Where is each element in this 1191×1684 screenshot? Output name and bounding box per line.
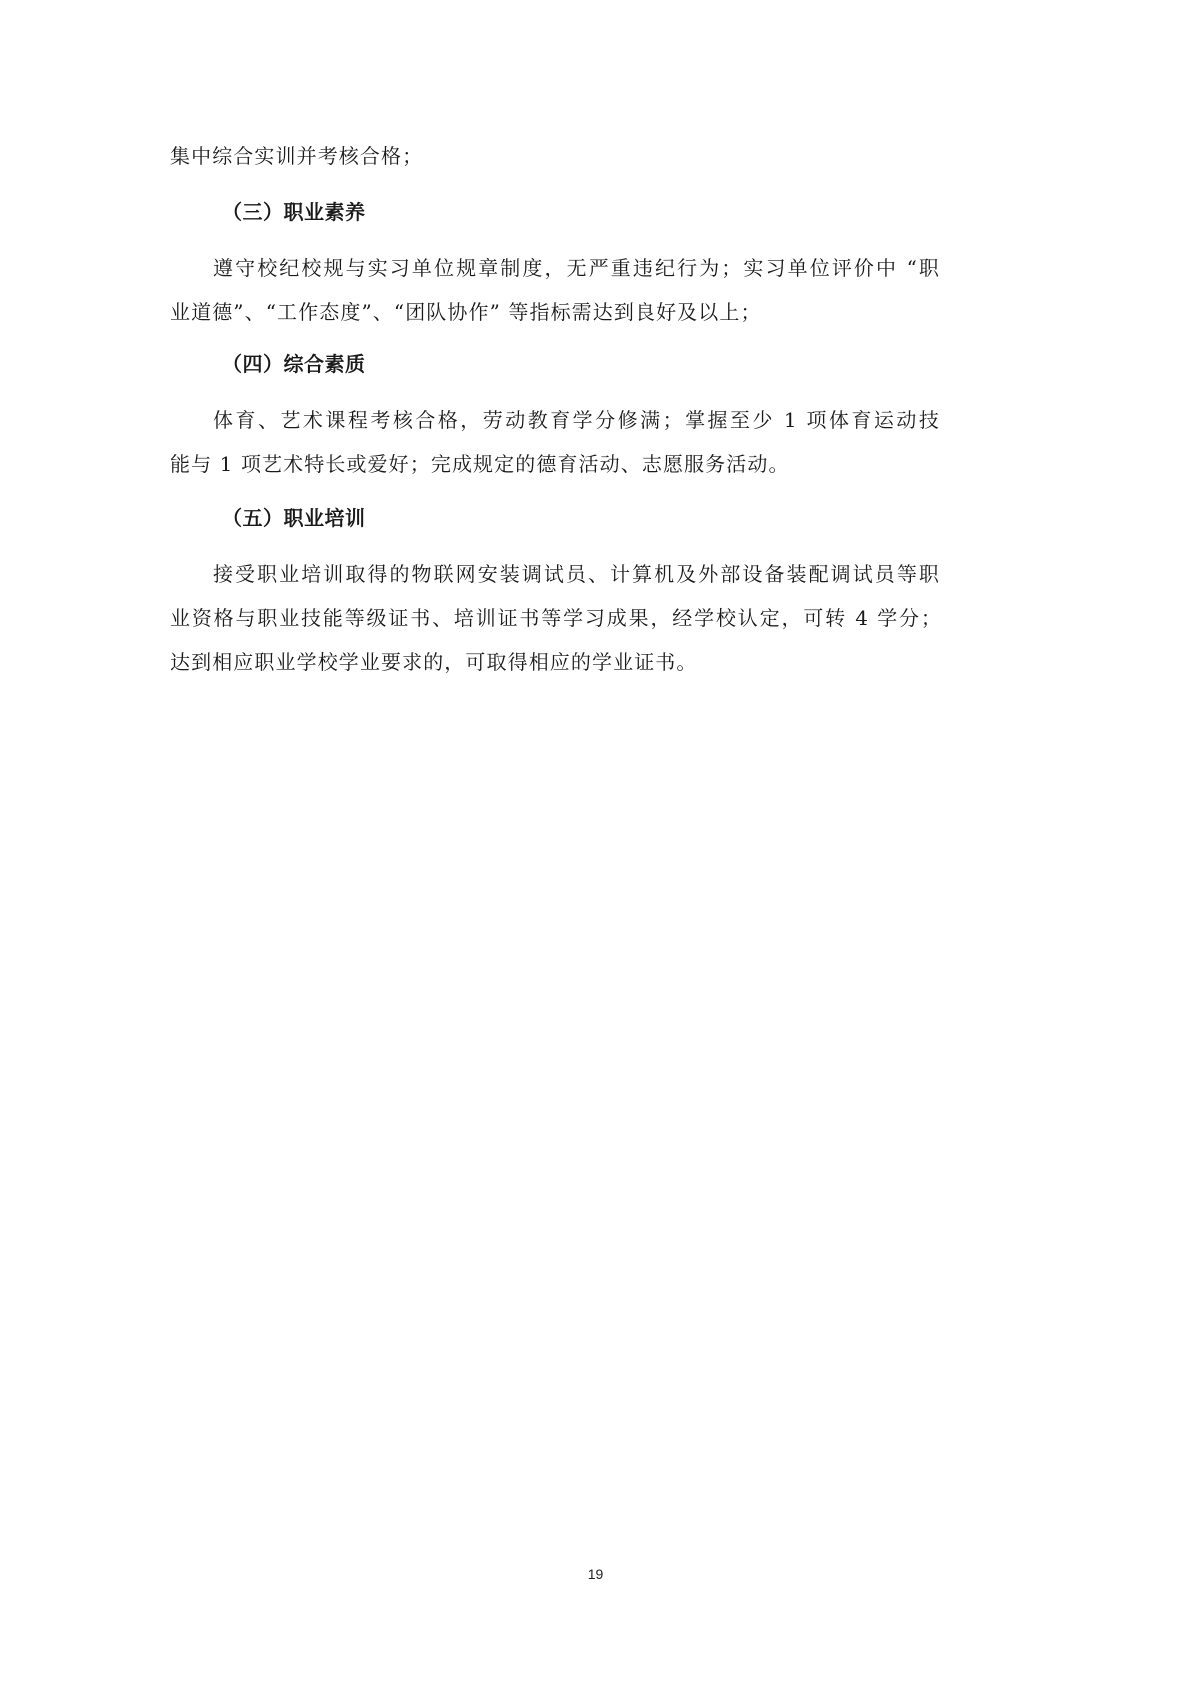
section-heading-comprehensive-quality: （四）综合素质 xyxy=(222,352,994,376)
paragraph-line: 业道德”、“工作态度”、“团队协作” 等指标需达到良好及以上； xyxy=(170,300,942,324)
paragraph-line: 遵守校纪校规与实习单位规章制度，无严重违纪行为；实习单位评价中 “职 xyxy=(213,256,940,280)
paragraph-line: 能与 1 项艺术特长或爱好；完成规定的德育活动、志愿服务活动。 xyxy=(170,452,942,476)
paragraph-line: 业资格与职业技能等级证书、培训证书等学习成果，经学校认定，可转 4 学分； xyxy=(170,606,942,630)
paragraph-line: 接受职业培训取得的物联网安装调试员、计算机及外部设备装配调试员等职 xyxy=(213,562,940,586)
page-number: 19 xyxy=(0,1566,1191,1582)
section-heading-vocational-training: （五）职业培训 xyxy=(222,506,994,530)
section-heading-professional-quality: （三）职业素养 xyxy=(222,200,994,224)
paragraph-line: 达到相应职业学校学业要求的，可取得相应的学业证书。 xyxy=(170,650,942,674)
paragraph-line: 集中综合实训并考核合格； xyxy=(170,144,942,168)
document-page: 集中综合实训并考核合格； （三）职业素养 遵守校纪校规与实习单位规章制度，无严重… xyxy=(0,0,1191,1684)
paragraph-line: 体育、艺术课程考核合格，劳动教育学分修满；掌握至少 1 项体育运动技 xyxy=(213,408,940,432)
